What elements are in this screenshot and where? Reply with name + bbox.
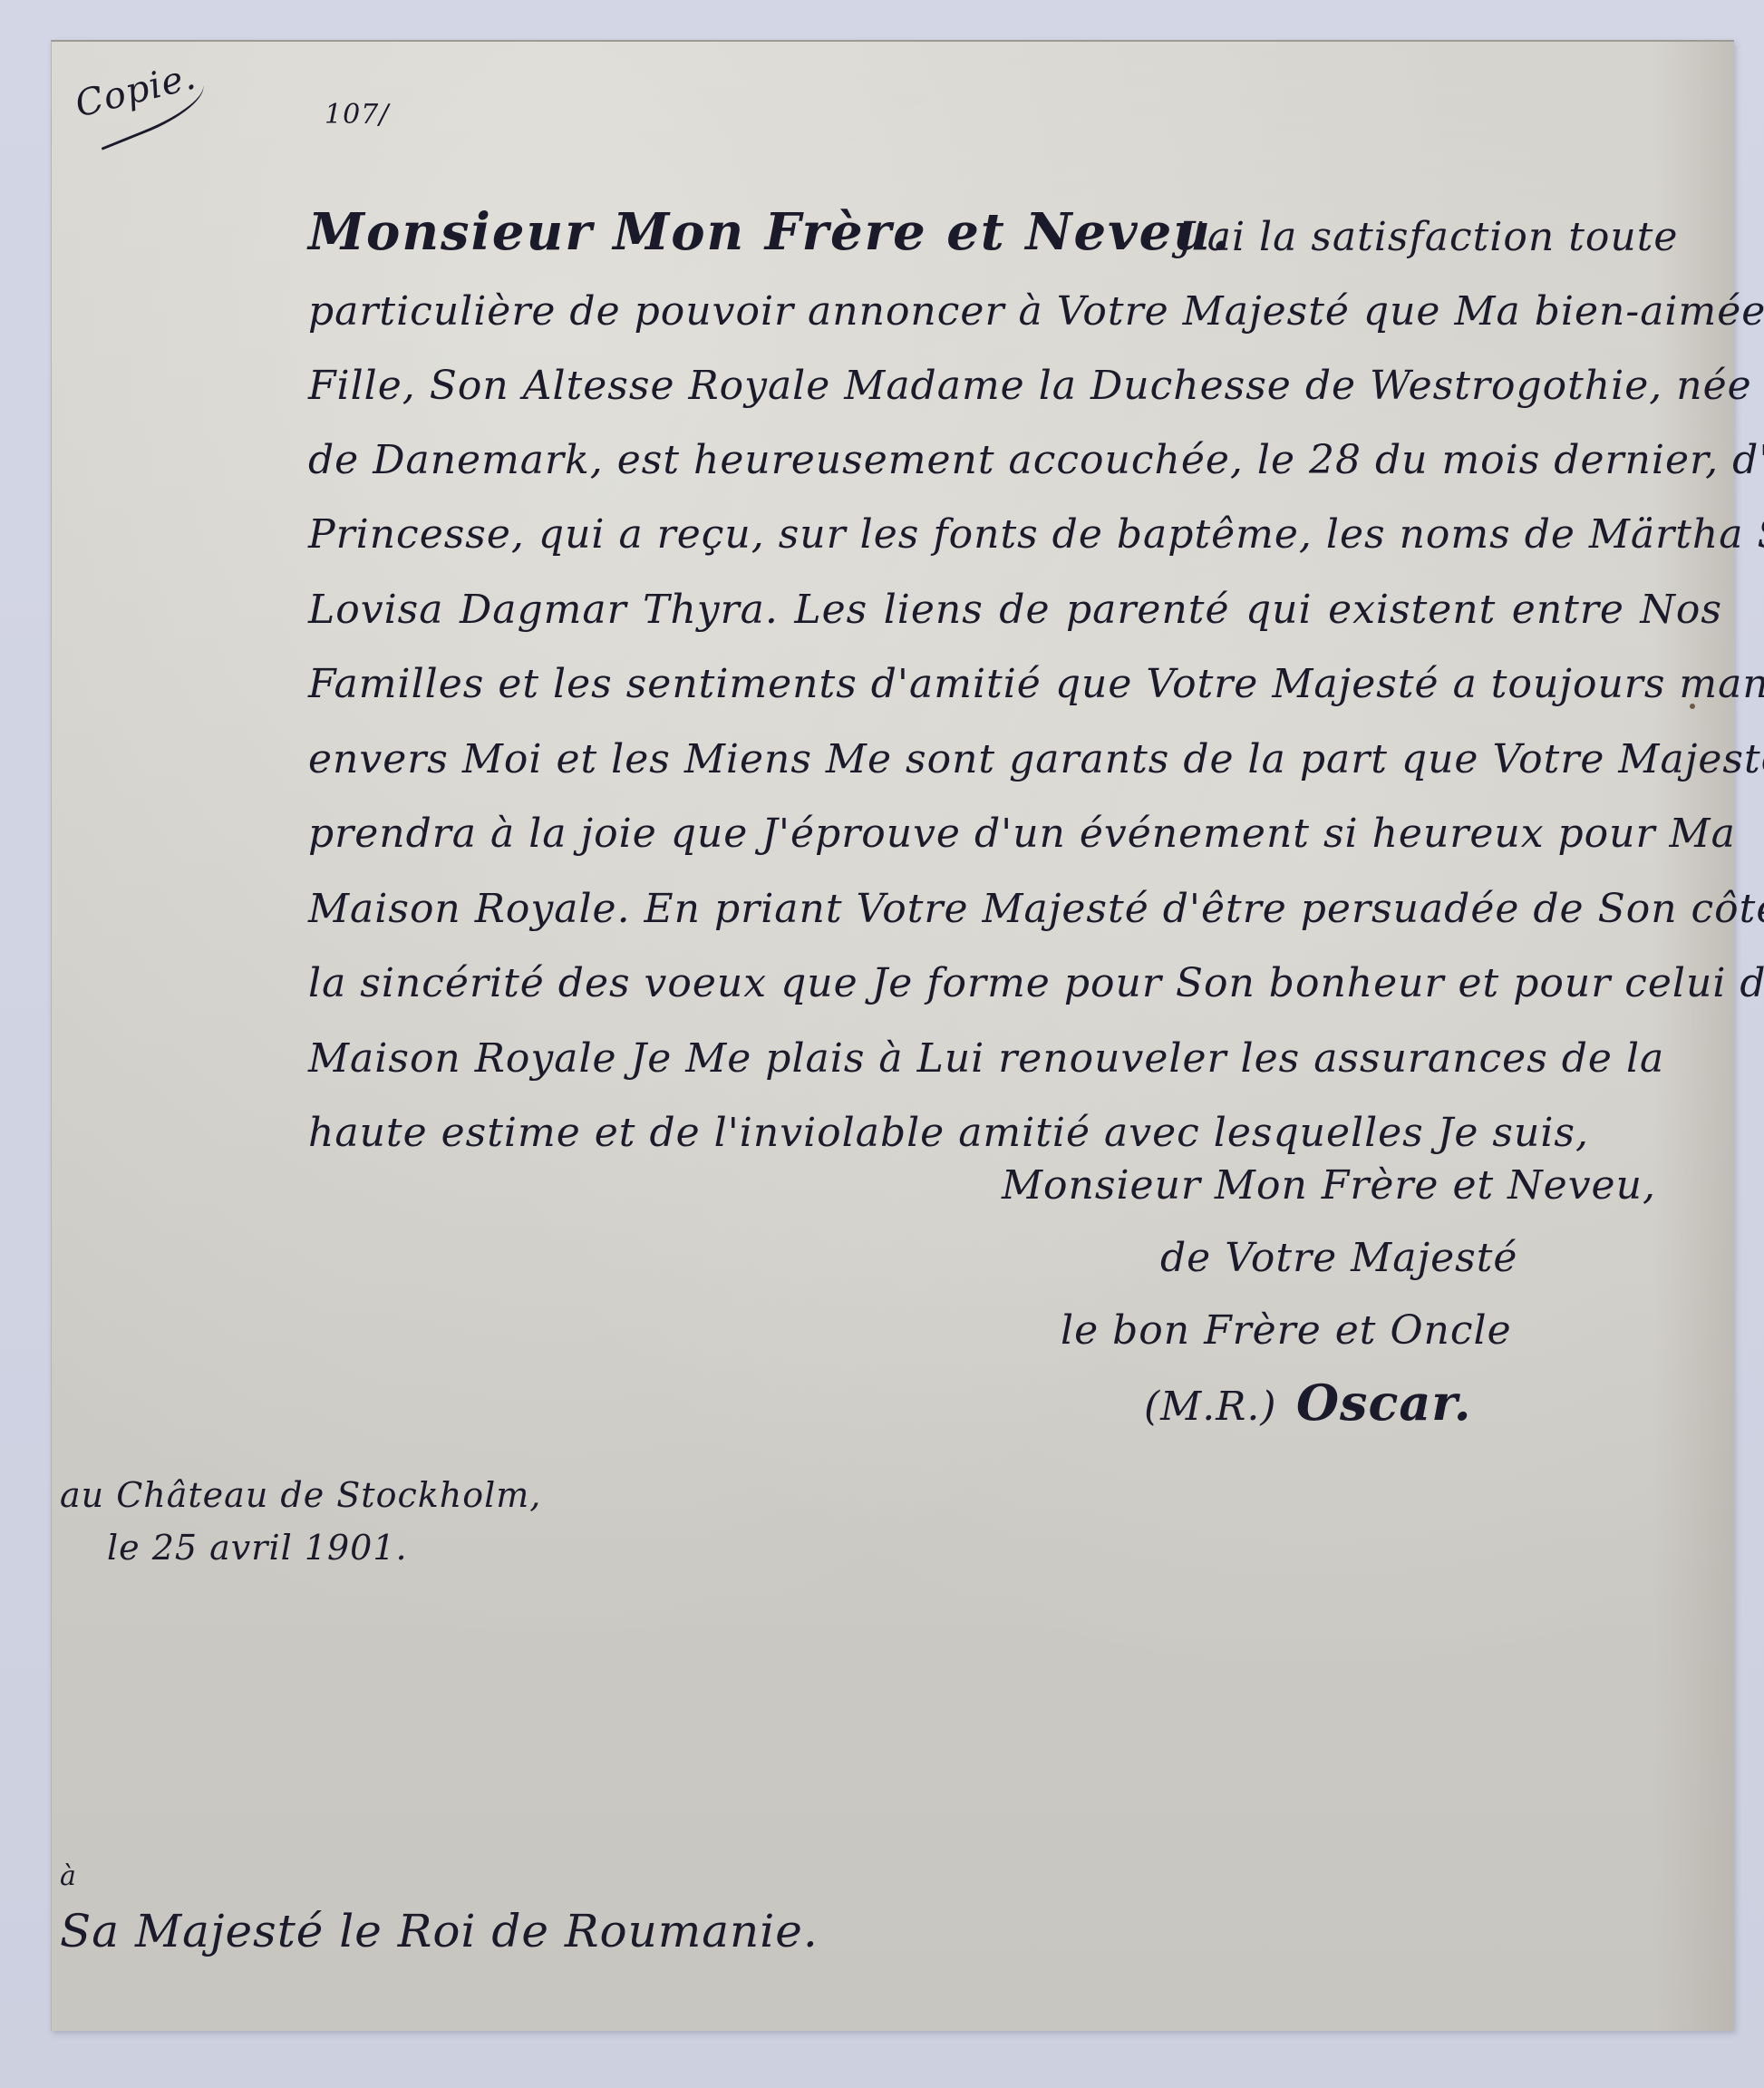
closing-line-3: le bon Frère et Oncle bbox=[1061, 1311, 1512, 1351]
signature-prefix: (M.R.) bbox=[1144, 1387, 1277, 1427]
salutation: Monsieur Mon Frère et Neveu. bbox=[308, 207, 1231, 257]
body-line-12: Maison Royale Je Me plais à Lui renouvel… bbox=[308, 1039, 1659, 1079]
body-line-5: Princesse, qui a reçu, sur les fonts de … bbox=[308, 515, 1722, 555]
body-line-10: Maison Royale. En priant Votre Majesté d… bbox=[308, 889, 1722, 929]
reference-number: 107/ bbox=[325, 102, 389, 129]
body-line-6: Lovisa Dagmar Thyra. Les liens de parent… bbox=[308, 590, 1722, 630]
body-line-9: prendra à la joie que J'éprouve d'un évé… bbox=[308, 814, 1722, 854]
addressee-prefix: à bbox=[60, 1863, 77, 1890]
ink-spot bbox=[1690, 704, 1695, 709]
date: le 25 avril 1901. bbox=[107, 1530, 408, 1565]
body-line-11: la sincérité des voeux que Je forme pour… bbox=[308, 964, 1722, 1004]
body-line-13: haute estime et de l'inviolable amitié a… bbox=[308, 1113, 1589, 1153]
closing-line-2: de Votre Majesté bbox=[1160, 1238, 1517, 1278]
addressee: Sa Majesté le Roi de Roumanie. bbox=[60, 1908, 819, 1954]
body-line-1: J'ai la satisfaction toute bbox=[1178, 218, 1678, 257]
closing-line-1: Monsieur Mon Frère et Neveu, bbox=[1002, 1166, 1656, 1206]
body-line-8: envers Moi et les Miens Me sont garants … bbox=[308, 740, 1722, 780]
body-line-3: Fille, Son Altesse Royale Madame la Duch… bbox=[308, 366, 1722, 406]
place: au Château de Stockholm, bbox=[60, 1478, 541, 1512]
body-line-7: Familles et les sentiments d'amitié que … bbox=[308, 665, 1722, 704]
body-line-2: particulière de pouvoir annoncer à Votre… bbox=[308, 292, 1722, 332]
signature: Oscar. bbox=[1296, 1378, 1472, 1427]
body-line-4: de Danemark, est heureusement accouchée,… bbox=[308, 441, 1722, 481]
